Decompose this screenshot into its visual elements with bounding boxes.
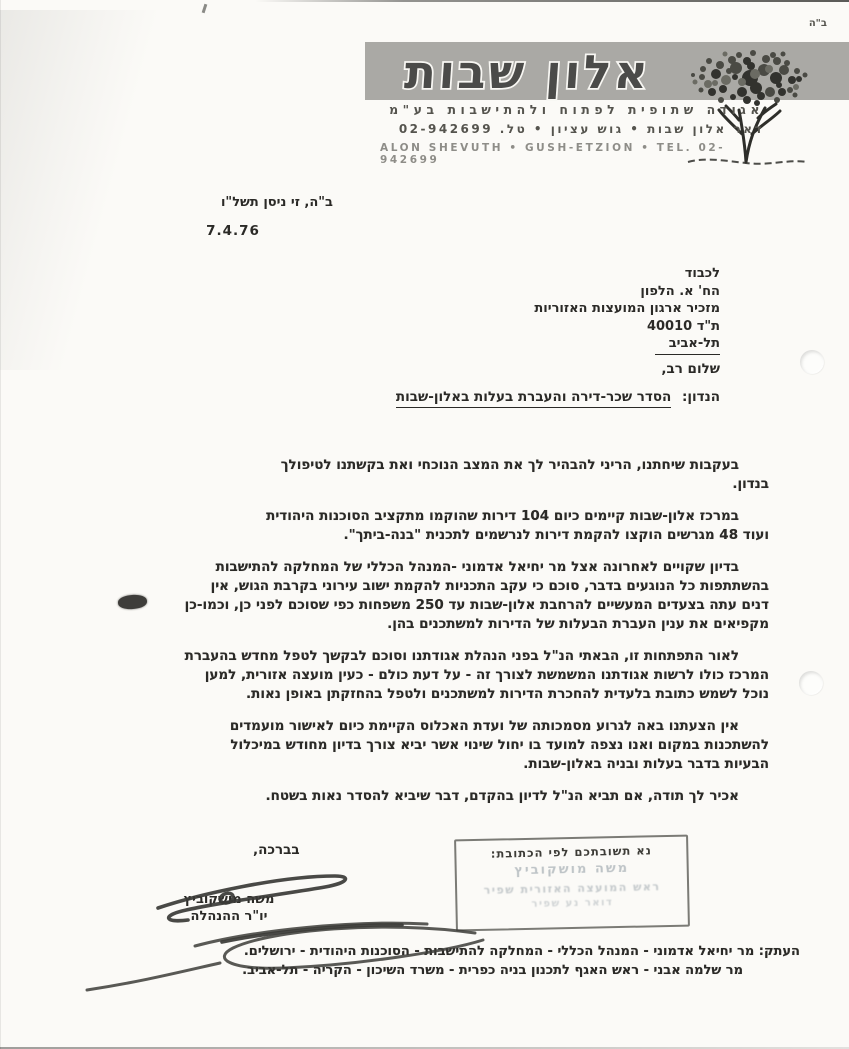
recipient-pob: ת"ד 40010	[534, 318, 720, 336]
bh-mark: ב"ה	[809, 18, 827, 29]
pen-loop-stroke	[55, 908, 505, 1008]
recipient-city: תל-אביב	[655, 335, 720, 355]
recipient-block: לכבוד הח' א. הלפון מזכיר ארגון המועצות ה…	[534, 265, 720, 355]
recipient-name: הח' א. הלפון	[534, 283, 720, 301]
body-paragraph: בדיון שקויים לאחרונה אצל מר יחיאל אדמוני…	[85, 558, 769, 634]
logo: אלון שבות	[370, 40, 690, 104]
tree-canopy	[691, 50, 808, 106]
body-paragraph: אכיר לך תודה, אם תביא הנ"ל לדיון בהקדם, …	[85, 787, 769, 806]
body-paragraph: לאור התפתחות זו, הבאתי הנ"ל בפני הנהלת א…	[85, 647, 769, 704]
logo-text: אלון שבות	[403, 45, 653, 99]
letter-page: ב"ה אלון שבות	[0, 0, 849, 1049]
dateline: ב"ה, זי ניסן תשל"ו 7.4.76	[133, 195, 333, 239]
scan-fold-topleft	[0, 10, 195, 370]
subject-text: הסדר שכר-דירה והעברת בעלות באלון-שבות	[396, 389, 671, 408]
scan-tick-mark	[202, 4, 208, 13]
stamp-title: ראש המועצה האזורית שפיר	[457, 880, 687, 898]
subject-line: הנדון: הסדר שכר-דירה והעברת בעלות באלון-…	[396, 389, 720, 405]
subject-label: הנדון:	[682, 389, 720, 405]
recipient-role: מזכיר ארגון המועצות האזוריות	[534, 300, 720, 318]
scan-edge-left	[0, 0, 1, 1049]
tagline-hebrew-association: אגודה שתופית לפתוח ולהתישבות בע"מ	[380, 102, 764, 117]
hole-punch-bottom	[799, 671, 823, 695]
scan-edge-top	[255, 0, 849, 2]
civil-date: 7.4.76	[133, 223, 333, 239]
tagline-hebrew-address: דאר אלון שבות • גוש עציון • טל. 02-94269…	[380, 122, 764, 136]
recipient-to: לכבוד	[534, 265, 720, 283]
body-paragraph: בעקבות שיחתנו, הריני להבהיר לך את המצב ה…	[85, 456, 769, 494]
tagline-english-address: ALON SHEVUTH • GUSH-ETZION • TEL. 02-942…	[380, 142, 764, 166]
letterhead-taglines: אגודה שתופית לפתוח ולהתישבות בע"מ דאר אל…	[380, 102, 764, 166]
hole-punch-top	[800, 350, 824, 374]
letter-body: בעקבות שיחתנו, הריני להבהיר לך את המצב ה…	[85, 456, 769, 819]
stamp-instruction: נא תשובתכם לפי הכתובת:	[456, 843, 686, 862]
body-paragraph: במרכז אלון-שבות קיימים כיום 104 דירות שה…	[85, 507, 769, 545]
hebrew-date: ב"ה, זי ניסן תשל"ו	[133, 195, 333, 210]
body-paragraph: אין הצעתנו באה לגרוע מסמכותה של ועדת האכ…	[85, 717, 769, 774]
stamp-name: משה מושקוביץ	[457, 860, 687, 880]
greeting-text: שלום רב,	[661, 361, 720, 377]
